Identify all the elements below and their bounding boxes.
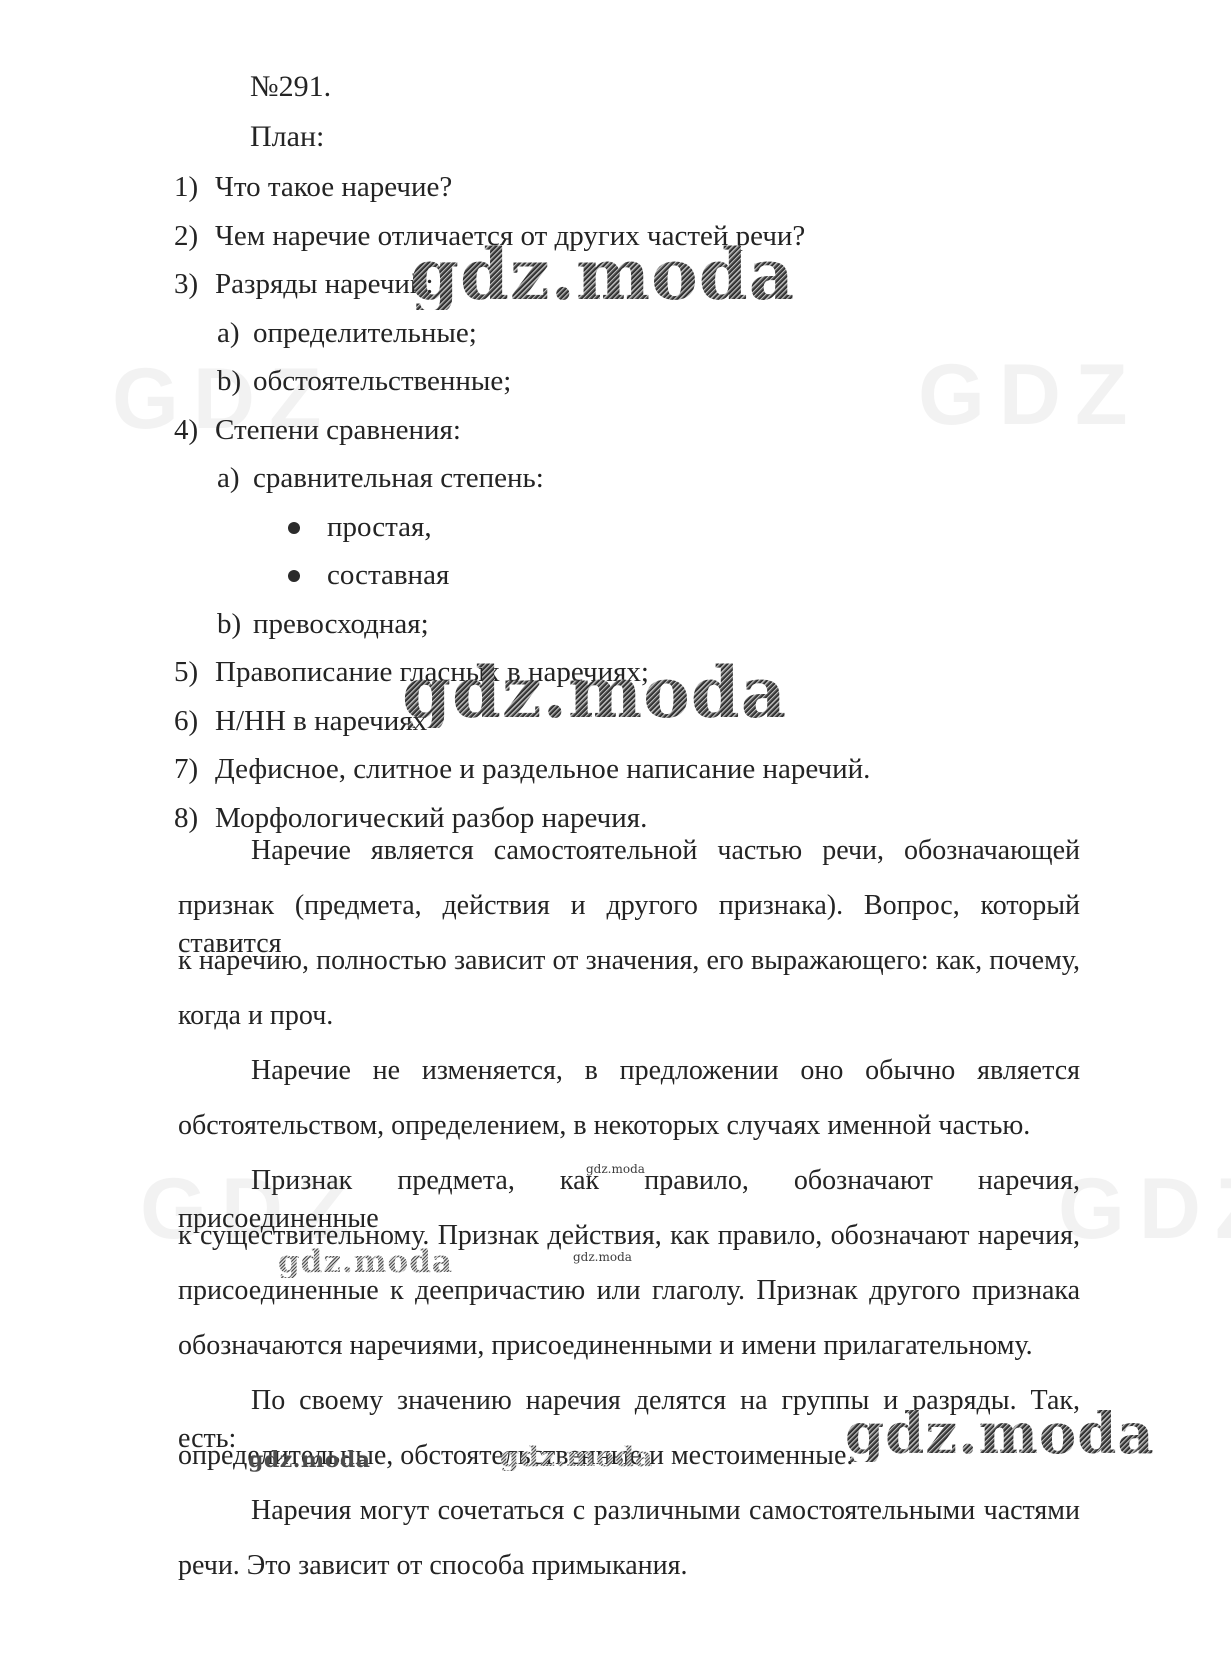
plan-heading: План: xyxy=(250,120,324,154)
plan-item-text: простая, xyxy=(327,510,432,544)
plan-item-marker: 8) xyxy=(174,801,198,835)
gdz-moda-watermark: gdz.moda xyxy=(845,1406,1155,1462)
exercise-number: №291. xyxy=(250,70,331,104)
plan-item-marker: b) xyxy=(217,364,241,398)
plan-item: простая, xyxy=(174,510,1104,550)
gdz-moda-watermark: gdz.moda xyxy=(573,1251,632,1263)
plan-item: b)превосходная; xyxy=(174,607,1104,647)
plan-item-marker: 4) xyxy=(174,413,198,447)
plan-item-marker: 6) xyxy=(174,704,198,738)
paragraph-line: когда и проч. xyxy=(178,997,1080,1053)
plan-item-text: обстоятельственные; xyxy=(253,364,511,398)
plan-item-text: определительные; xyxy=(253,316,477,350)
bullet-icon xyxy=(288,570,300,582)
plan-item-text: Что такое наречие? xyxy=(215,170,452,204)
plan-item: b)обстоятельственные; xyxy=(174,364,1104,404)
gdz-moda-watermark: gdz.moda xyxy=(410,240,795,310)
plan-item-marker: 7) xyxy=(174,752,198,786)
plan-item: 7)Дефисное, слитное и раздельное написан… xyxy=(174,752,1104,792)
plan-item-marker: 2) xyxy=(174,219,198,253)
plan-item-text: Н/НН в наречиях xyxy=(215,704,427,738)
plan-item-text: сравнительная степень: xyxy=(253,461,544,495)
plan-item-text: составная xyxy=(327,558,449,592)
plan-item-marker: 3) xyxy=(174,267,198,301)
gdz-moda-watermark: gdz.moda xyxy=(278,1247,453,1278)
plan-item-marker: b) xyxy=(217,607,241,641)
plan-item-text: Морфологический разбор наречия. xyxy=(215,801,647,835)
paragraph-line: к наречию, полностью зависит от значения… xyxy=(178,942,1080,998)
plan-item-marker: 1) xyxy=(174,170,198,204)
plan-item-text: Степени сравнения: xyxy=(215,413,461,447)
paragraph-line: обозначаются наречиями, присоединенными … xyxy=(178,1327,1080,1383)
plan-item: 4)Степени сравнения: xyxy=(174,413,1104,453)
plan-item-text: Разряды наречий: xyxy=(215,267,434,301)
ghost-gdz-watermark: GDZ xyxy=(1058,1166,1231,1252)
paragraph-line: Наречие не изменяется, в предложении оно… xyxy=(178,1052,1080,1108)
plan-item: 1)Что такое наречие? xyxy=(174,170,1104,210)
gdz-moda-watermark: gdz.moda xyxy=(500,1444,653,1471)
plan-item-text: Дефисное, слитное и раздельное написание… xyxy=(215,752,870,786)
paragraph-line: Наречия могут сочетаться с различными са… xyxy=(178,1492,1080,1548)
plan-item: a)определительные; xyxy=(174,316,1104,356)
gdz-moda-watermark: gdz.moda xyxy=(402,658,787,728)
plan-item-marker: a) xyxy=(217,316,240,350)
document-page: GDZGDZGDZGDZ №291. План: 1)Что такое нар… xyxy=(0,0,1231,1663)
plan-item-marker: a) xyxy=(217,461,240,495)
paragraph-line: обстоятельством, определением, в некотор… xyxy=(178,1107,1080,1163)
plan-item: a)сравнительная степень: xyxy=(174,461,1104,501)
paragraph-line: Наречие является самостоятельной частью … xyxy=(178,832,1080,888)
paragraph-line: признак (предмета, действия и другого пр… xyxy=(178,887,1080,943)
paragraph-line: речи. Это зависит от способа примыкания. xyxy=(178,1547,1080,1603)
gdz-moda-watermark: gdz.moda xyxy=(586,1163,645,1175)
plan-item: составная xyxy=(174,558,1104,598)
paragraph-line: присоединенные к деепричастию или глагол… xyxy=(178,1272,1080,1328)
bullet-icon xyxy=(288,522,300,534)
gdz-moda-watermark: gdz.moda xyxy=(248,1449,371,1471)
plan-item-text: превосходная; xyxy=(253,607,429,641)
plan-item-marker: 5) xyxy=(174,655,198,689)
